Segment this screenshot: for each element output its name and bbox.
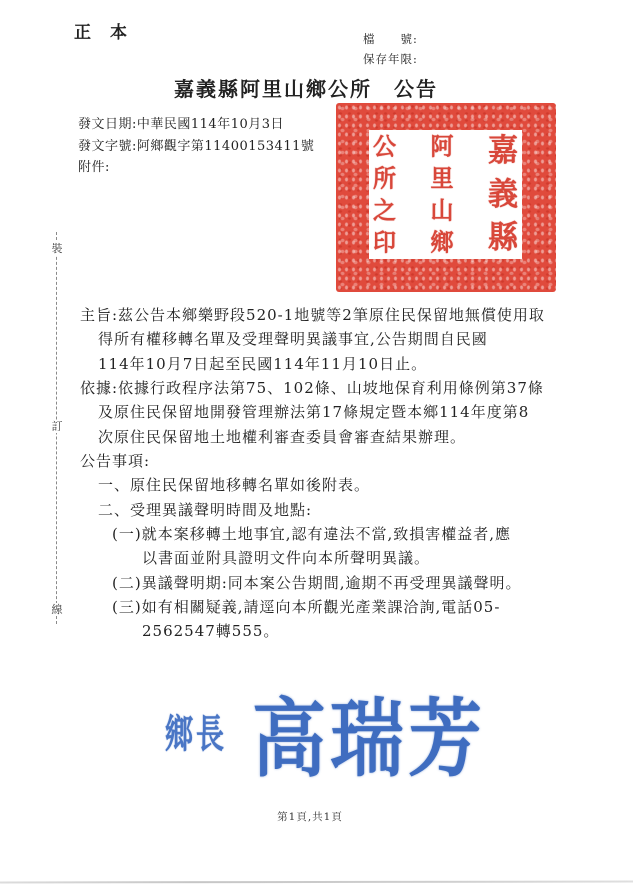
body-line: 得所有權移轉名單及受理聲明異議事宜,公告期間自民國: [0, 327, 633, 351]
doc-number-label: 發文字號:: [78, 139, 137, 154]
announcement-body: 主旨:茲公告本鄉樂野段520-1地號等2筆原住民保留地無償使用取 得所有權移轉名…: [0, 303, 633, 644]
seal-inner-face: 嘉 義 縣 阿 里 山 鄉 公 所 之 印: [369, 130, 522, 259]
seal-char: 嘉: [488, 131, 518, 171]
seal-char: 印: [373, 227, 396, 257]
body-line-subitem-1: (一)就本案移轉土地事宜,認有違法不當,致損害權益者,應: [0, 522, 633, 546]
mayor-name-stamp: 高瑞芳: [252, 672, 486, 794]
issue-date-value: 中華民國114年10月3日: [137, 117, 284, 132]
scan-edge-artifact: [0, 881, 633, 884]
body-line-subitem-2: (二)異議聲明期:同本案公告期間,逾期不再受理異議聲明。: [0, 571, 633, 595]
body-line: 以書面並附具證明文件向本所聲明異議。: [0, 546, 633, 570]
seal-char: 阿: [431, 131, 454, 161]
seal-char: 鄉: [431, 227, 454, 257]
body-line-subitem-3: (三)如有相關疑義,請逕向本所觀光產業課洽詢,電話05-: [0, 595, 633, 619]
doc-number-value: 阿鄉觀字第11400153411號: [137, 139, 314, 154]
announcement-document: 正 本 檔 號: 保存年限: 嘉義縣阿里山鄉公所 公告 發文日期:中華民國114…: [0, 0, 633, 893]
retention-period-label: 保存年限:: [363, 51, 418, 67]
attachment-label: 附件:: [78, 160, 110, 175]
file-number-label: 檔 號:: [363, 31, 418, 47]
body-line: 次原住民保留地土地權利審查委員會審查結果辦理。: [0, 425, 633, 449]
seal-column-left: 公 所 之 印: [373, 132, 396, 257]
doc-number-line: 發文字號:阿鄉觀字第11400153411號: [78, 136, 314, 158]
seal-char: 縣: [488, 218, 518, 258]
attachment-line: 附件:: [78, 157, 314, 179]
seal-char: 山: [431, 195, 454, 225]
issuing-meta-block: 發文日期:中華民國114年10月3日 發文字號:阿鄉觀字第11400153411…: [78, 114, 314, 179]
body-line: 2562547轉555。: [0, 619, 633, 643]
seal-column-middle: 阿 里 山 鄉: [431, 132, 454, 257]
seal-char: 所: [373, 163, 396, 193]
seal-char: 之: [373, 195, 396, 225]
official-red-seal: 嘉 義 縣 阿 里 山 鄉 公 所 之 印: [336, 103, 556, 292]
seal-column-right: 嘉 義 縣: [488, 132, 518, 257]
body-line: 114年10月7日起至民國114年11月10日止。: [0, 352, 633, 376]
body-line-subject: 主旨:茲公告本鄉樂野段520-1地號等2筆原住民保留地無償使用取: [0, 303, 633, 327]
seal-char: 公: [373, 131, 396, 161]
document-title: 嘉義縣阿里山鄉公所 公告: [0, 73, 612, 102]
body-line-matters-heading: 公告事項:: [0, 449, 633, 473]
binding-mark-zhuang: 裝: [50, 242, 64, 255]
page-number: 第1頁,共1頁: [0, 809, 620, 824]
issue-date-line: 發文日期:中華民國114年10月3日: [78, 114, 314, 136]
seal-char: 里: [431, 163, 454, 193]
copy-type-label: 正 本: [74, 18, 128, 43]
body-line: 及原住民保留地開發管理辦法第17條規定暨本鄉114年度第8: [0, 400, 633, 424]
body-line-item-1: 一、原住民保留地移轉名單如後附表。: [0, 473, 633, 497]
body-line-basis: 依據:依據行政程序法第75、102條、山坡地保育利用條例第37條: [0, 376, 633, 400]
issue-date-label: 發文日期:: [78, 117, 137, 132]
mayor-title-stamp: 鄉長: [165, 704, 227, 760]
seal-char: 義: [488, 175, 518, 215]
body-line-item-2: 二、受理異議聲明時間及地點:: [0, 498, 633, 522]
